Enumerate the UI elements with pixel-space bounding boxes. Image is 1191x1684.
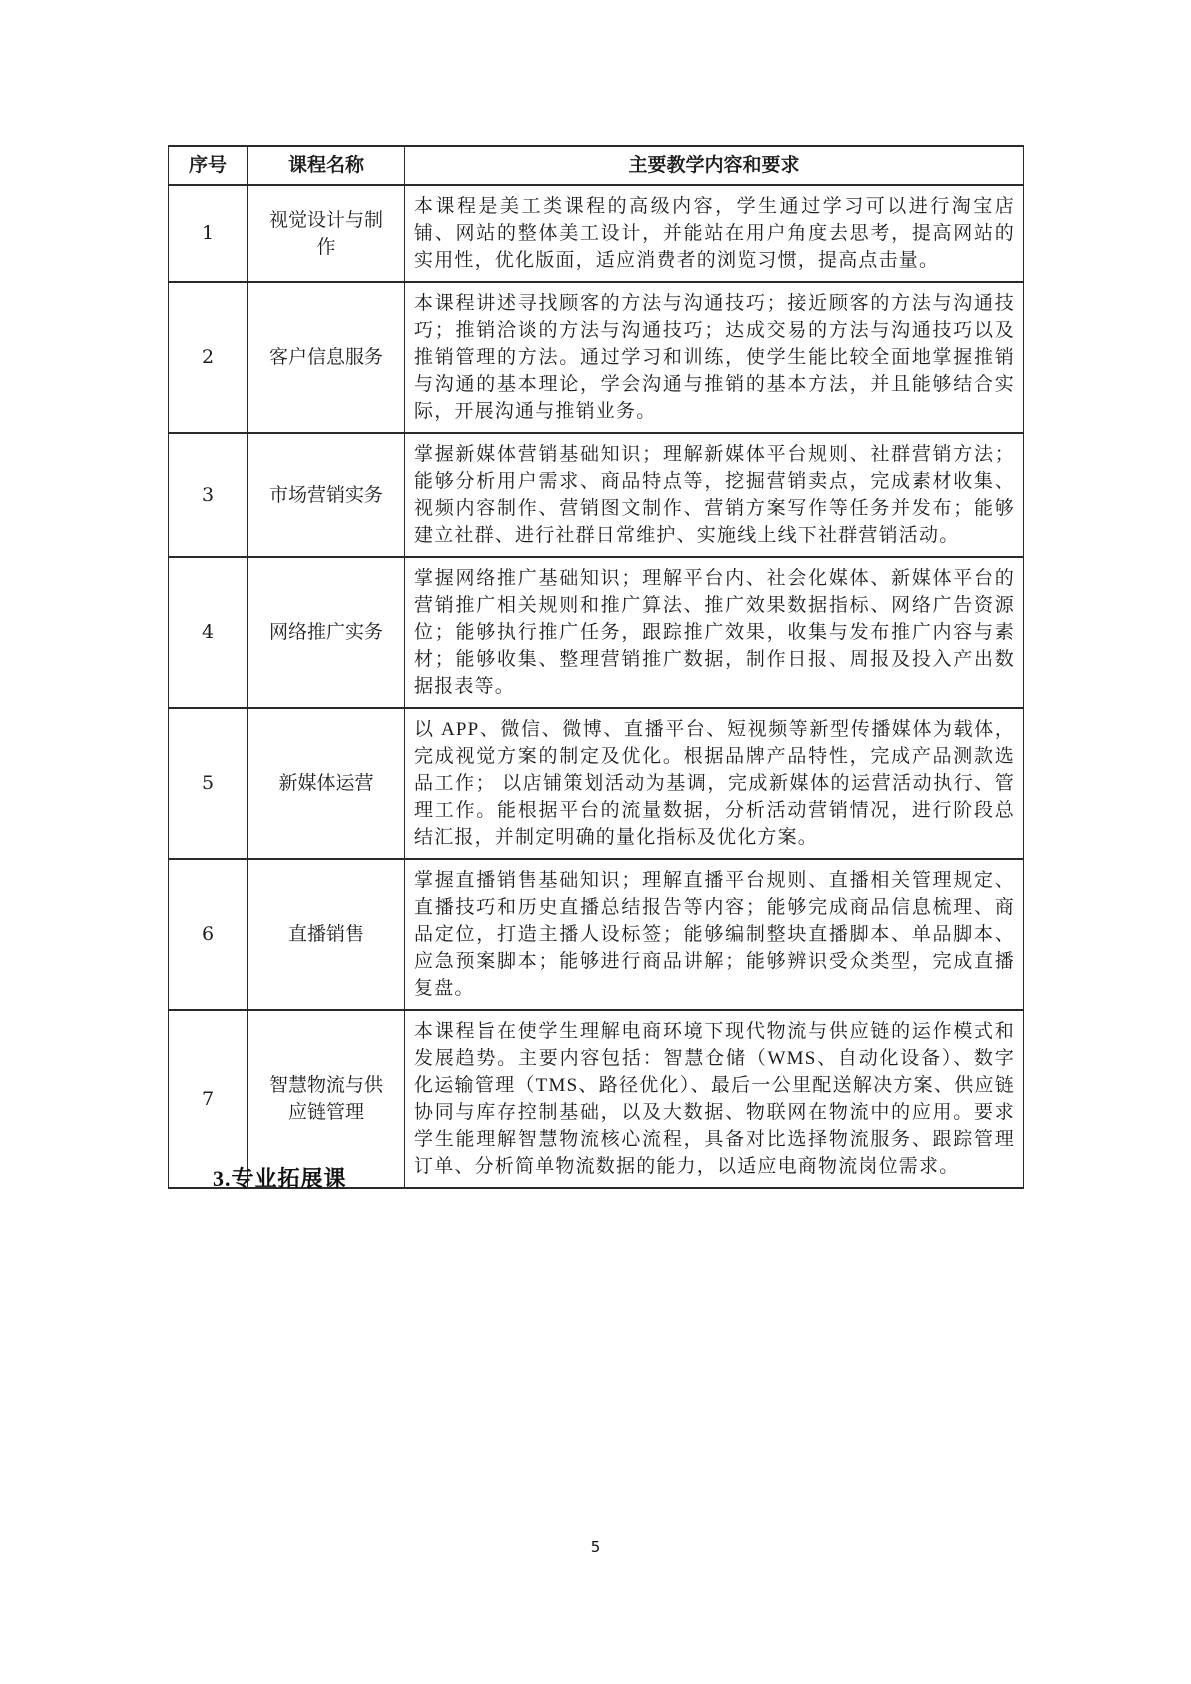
table-row: 1视觉设计与制作本课程是美工类课程的高级内容，学生通过学习可以进行淘宝店铺、网站… (169, 185, 1024, 282)
cell-course-name: 网络推广实务 (248, 557, 405, 708)
cell-course-name: 直播销售 (248, 859, 405, 1010)
table-header-row: 序号 课程名称 主要教学内容和要求 (169, 146, 1024, 185)
course-table-body: 1视觉设计与制作本课程是美工类课程的高级内容，学生通过学习可以进行淘宝店铺、网站… (169, 185, 1024, 1188)
cell-course-name: 视觉设计与制作 (248, 185, 405, 282)
header-course-name: 课程名称 (248, 146, 405, 185)
course-table: 序号 课程名称 主要教学内容和要求 1视觉设计与制作本课程是美工类课程的高级内容… (168, 145, 1024, 1189)
table-row: 2客户信息服务本课程讲述寻找顾客的方法与沟通技巧；接近顾客的方法与沟通技巧；推销… (169, 282, 1024, 433)
cell-serial-number: 6 (169, 859, 248, 1010)
header-serial-number: 序号 (169, 146, 248, 185)
cell-serial-number: 3 (169, 433, 248, 557)
table-row: 5新媒体运营以 APP、微信、微博、直播平台、短视频等新型传播媒体为载体，完成视… (169, 708, 1024, 859)
cell-course-name: 客户信息服务 (248, 282, 405, 433)
cell-course-description: 以 APP、微信、微博、直播平台、短视频等新型传播媒体为载体，完成视觉方案的制定… (405, 708, 1024, 859)
section-heading: 3.专业拓展课 (213, 1162, 347, 1193)
cell-course-description: 本课程是美工类课程的高级内容，学生通过学习可以进行淘宝店铺、网站的整体美工设计，… (405, 185, 1024, 282)
table-row: 4网络推广实务掌握网络推广基础知识；理解平台内、社会化媒体、新媒体平台的营销推广… (169, 557, 1024, 708)
cell-course-description: 本课程旨在使学生理解电商环境下现代物流与供应链的运作模式和发展趋势。主要内容包括… (405, 1010, 1024, 1188)
cell-course-name: 市场营销实务 (248, 433, 405, 557)
header-main-content: 主要教学内容和要求 (405, 146, 1024, 185)
cell-course-description: 掌握网络推广基础知识；理解平台内、社会化媒体、新媒体平台的营销推广相关规则和推广… (405, 557, 1024, 708)
page-number: 5 (0, 1538, 1191, 1556)
cell-serial-number: 1 (169, 185, 248, 282)
cell-course-description: 本课程讲述寻找顾客的方法与沟通技巧；接近顾客的方法与沟通技巧；推销洽谈的方法与沟… (405, 282, 1024, 433)
cell-serial-number: 5 (169, 708, 248, 859)
table-row: 6直播销售掌握直播销售基础知识；理解直播平台规则、直播相关管理规定、直播技巧和历… (169, 859, 1024, 1010)
cell-course-name: 新媒体运营 (248, 708, 405, 859)
document-page: 序号 课程名称 主要教学内容和要求 1视觉设计与制作本课程是美工类课程的高级内容… (0, 0, 1191, 1684)
cell-course-description: 掌握直播销售基础知识；理解直播平台规则、直播相关管理规定、直播技巧和历史直播总结… (405, 859, 1024, 1010)
cell-serial-number: 4 (169, 557, 248, 708)
table-row: 3市场营销实务掌握新媒体营销基础知识；理解新媒体平台规则、社群营销方法；能够分析… (169, 433, 1024, 557)
cell-serial-number: 2 (169, 282, 248, 433)
cell-course-description: 掌握新媒体营销基础知识；理解新媒体平台规则、社群营销方法；能够分析用户需求、商品… (405, 433, 1024, 557)
